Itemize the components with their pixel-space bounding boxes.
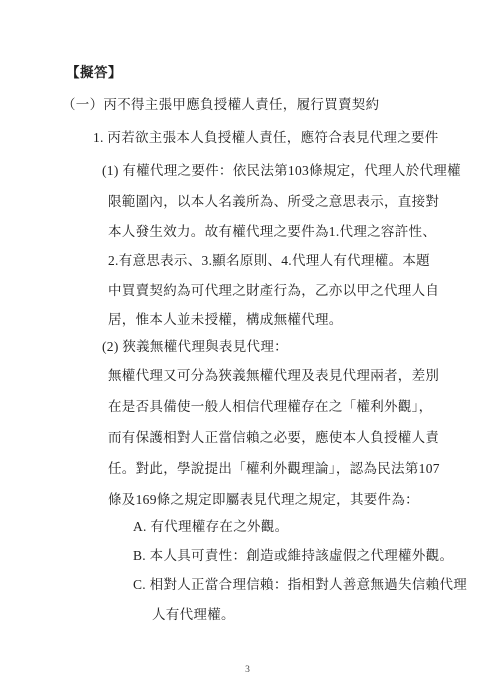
item-2-heading: (2) 狹義無權代理與表見代理：: [102, 339, 288, 354]
item-1-line-1: (1) 有權代理之要件：依民法第103條規定，代理人於代理權: [102, 163, 461, 178]
point-1-heading: 1. 丙若欲主張本人負授權人責任，應符合表見代理之要件: [93, 130, 439, 145]
item-1-line-2: 限範圍內，以本人名義所為、所受之意思表示，直接對: [108, 194, 439, 209]
answer-heading: 【擬答】: [66, 65, 122, 80]
item-1-line-5: 中買賣契約為可代理之財產行為，乙亦以甲之代理人自: [108, 283, 439, 298]
document-page: 【擬答】 （一）丙不得主張甲應負授權人責任，履行買賣契約 1. 丙若欲主張本人負…: [0, 0, 495, 700]
item-1-line-3: 本人發生效力。故有權代理之要件為1.代理之容許性、: [108, 224, 436, 239]
item-2-line-1: 無權代理又可分為狹義無權代理及表見代理兩者，差別: [108, 368, 439, 383]
page-number: 3: [0, 665, 495, 675]
item-2-line-4: 任。對此，學說提出「權利外觀理論」，認為民法第107: [108, 461, 440, 476]
section-1-heading: （一）丙不得主張甲應負授權人責任，履行買賣契約: [62, 97, 379, 112]
item-1-line-4: 2.有意思表示、3.顯名原則、4.代理人有代理權。本題: [108, 253, 430, 268]
criterion-a: A. 有代理權存在之外觀。: [133, 519, 288, 534]
item-2-line-3: 而有保護相對人正當信賴之必要，應使本人負授權人責: [108, 430, 439, 445]
criterion-c-line-1: C. 相對人正當合理信賴：指相對人善意無過失信賴代理: [133, 577, 467, 592]
item-1-line-6: 居，惟本人並未授權，構成無權代理。: [108, 312, 343, 327]
criterion-b: B. 本人具可責性：創造或維持該虛假之代理權外觀。: [133, 548, 453, 563]
item-2-line-5: 條及169條之規定即屬表見代理之規定，其要件為：: [108, 492, 419, 507]
item-2-line-2: 在是否具備使一般人相信代理權存在之「權利外觀」，: [108, 399, 432, 414]
criterion-c-line-2: 人有代理權。: [152, 607, 235, 622]
